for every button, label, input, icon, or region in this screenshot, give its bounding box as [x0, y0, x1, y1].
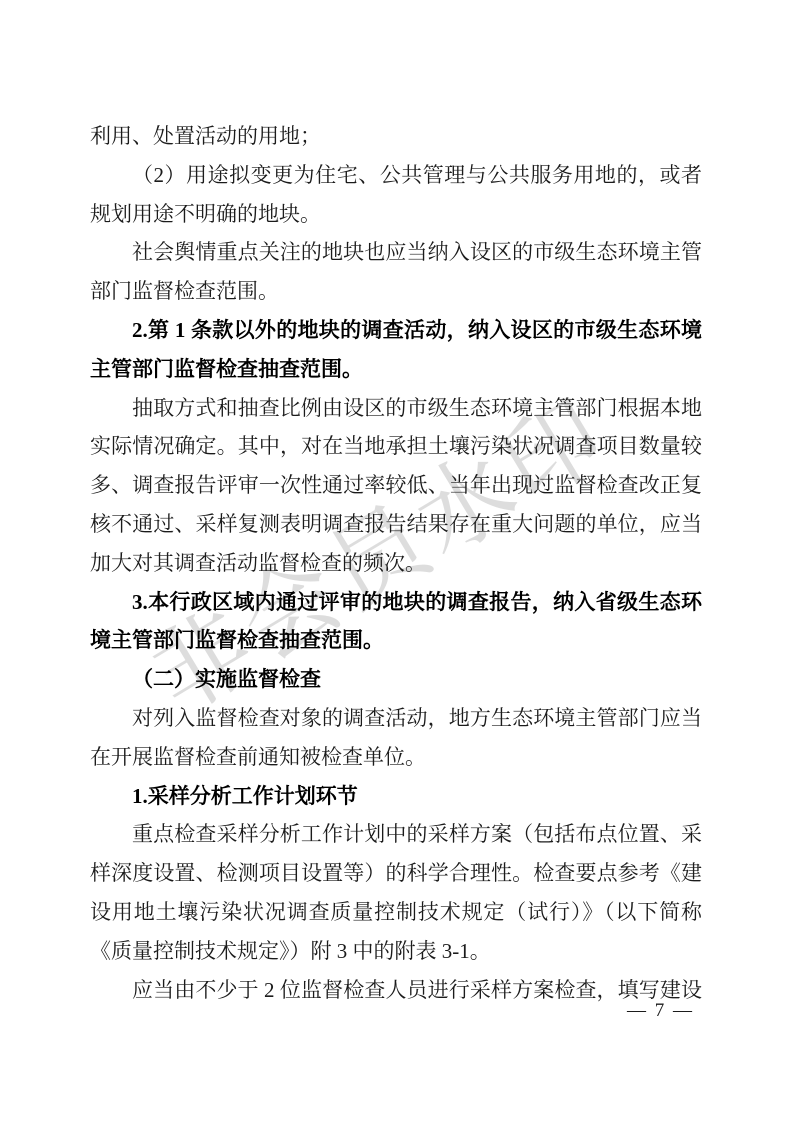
text-line: 设用地土壤污染状况调查质量控制技术规定（试行）》（以下简称 [90, 893, 702, 932]
text-line: 核不通过、采样复测表明调查报告结果存在重大问题的单位，应当 [90, 505, 702, 544]
text-line: 利用、处置活动的用地； [90, 117, 702, 156]
text-line: 《质量控制技术规定》）附 3 中的附表 3-1。 [90, 932, 702, 971]
text-line: 多、调查报告评审一次性通过率较低、当年出现过监督检查改正复 [90, 466, 702, 505]
text-line: 社会舆情重点关注的地块也应当纳入设区的市级生态环境主管 [90, 233, 702, 272]
text-line: 部门监督检查范围。 [90, 272, 702, 311]
text-line: 应当由不少于 2 位监督检查人员进行采样方案检查，填写建设 [90, 971, 702, 1010]
page-number: — 7 — [627, 1000, 694, 1022]
text-line: 1.采样分析工作计划环节 [90, 777, 702, 816]
text-line: 境主管部门监督检查抽查范围。 [90, 621, 702, 660]
text-line: （二）实施监督检查 [90, 660, 702, 699]
text-line: 抽取方式和抽查比例由设区的市级生态环境主管部门根据本地 [90, 389, 702, 428]
text-line: 2.第 1 条款以外的地块的调查活动，纳入设区的市级生态环境 [90, 311, 702, 350]
text-line: 在开展监督检查前通知被检查单位。 [90, 738, 702, 777]
text-line: 重点检查采样分析工作计划中的采样方案（包括布点位置、采 [90, 815, 702, 854]
text-line: 对列入监督检查对象的调查活动，地方生态环境主管部门应当 [90, 699, 702, 738]
text-line: 主管部门监督检查抽查范围。 [90, 350, 702, 389]
text-line: （2）用途拟变更为住宅、公共管理与公共服务用地的，或者 [90, 156, 702, 195]
document-body: 利用、处置活动的用地；（2）用途拟变更为住宅、公共管理与公共服务用地的，或者规划… [90, 117, 702, 1009]
text-line: 样深度设置、检测项目设置等）的科学合理性。检查要点参考《建 [90, 854, 702, 893]
text-line: 3.本行政区域内通过评审的地块的调查报告，纳入省级生态环 [90, 583, 702, 622]
text-line: 规划用途不明确的地块。 [90, 195, 702, 234]
document-page: 非会员水印 利用、处置活动的用地；（2）用途拟变更为住宅、公共管理与公共服务用地… [0, 0, 794, 1123]
text-line: 加大对其调查活动监督检查的频次。 [90, 544, 702, 583]
text-line: 实际情况确定。其中，对在当地承担土壤污染状况调查项目数量较 [90, 427, 702, 466]
